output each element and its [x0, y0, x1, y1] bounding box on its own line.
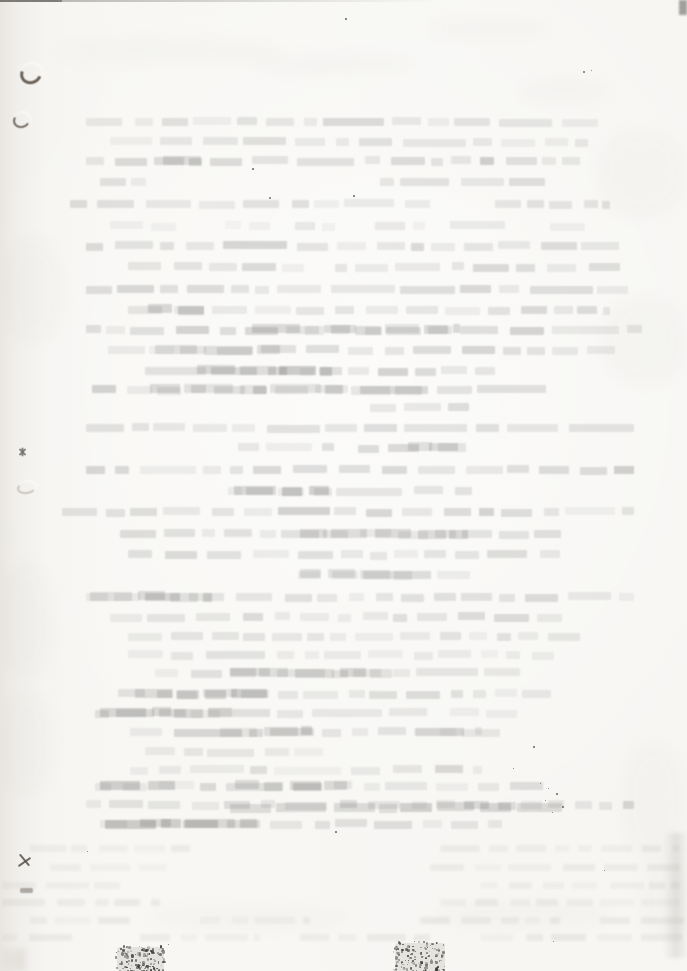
- word-blob: [324, 781, 347, 790]
- paper-blotch: [430, 20, 550, 38]
- word-blob: [106, 326, 125, 334]
- word-blob: [378, 727, 406, 735]
- faded-text-line: [380, 177, 548, 188]
- word-blob: [507, 424, 558, 432]
- word-blob: [114, 899, 139, 906]
- word-blob: [392, 117, 422, 125]
- scan-edge-artifact-top-right-corner: [679, 0, 687, 15]
- word-blob: [190, 765, 244, 773]
- word-blob: [480, 803, 511, 812]
- word-blob: [70, 200, 87, 208]
- word-blob: [253, 466, 280, 474]
- word-blob: [336, 488, 402, 496]
- word-blob: [259, 668, 288, 677]
- word-blob: [537, 614, 562, 622]
- word-blob: [212, 306, 247, 314]
- word-blob: [240, 366, 276, 375]
- word-blob: [231, 285, 249, 293]
- word-blob: [370, 552, 388, 560]
- word-blob: [550, 223, 585, 231]
- word-blob: [98, 917, 130, 924]
- word-blob: [569, 424, 634, 432]
- dark-text-run: [135, 688, 267, 700]
- word-blob: [601, 845, 632, 852]
- smudge-speck: [430, 960, 433, 964]
- word-blob: [120, 530, 156, 538]
- word-blob: [408, 442, 432, 451]
- word-blob: [506, 651, 519, 659]
- faded-text-line: [370, 403, 482, 414]
- word-blob: [517, 803, 562, 812]
- word-blob: [305, 651, 319, 659]
- word-blob: [600, 899, 633, 906]
- ink-speck: [168, 944, 169, 945]
- word-blob: [205, 690, 226, 699]
- word-blob: [174, 709, 203, 718]
- word-blob: [335, 819, 367, 827]
- word-blob: [230, 668, 256, 677]
- bleed-through-line: [200, 917, 310, 925]
- word-blob: [238, 443, 259, 451]
- smudge-speck: [411, 953, 413, 954]
- word-blob: [178, 306, 204, 315]
- faded-text-line: [128, 550, 560, 561]
- word-blob: [210, 158, 242, 166]
- dark-text-run: [300, 528, 468, 540]
- word-blob: [545, 138, 568, 146]
- smudge-speck: [142, 965, 143, 967]
- word-blob: [163, 156, 201, 165]
- word-blob: [406, 306, 438, 314]
- smudge-speck: [149, 966, 150, 967]
- word-blob: [260, 530, 276, 538]
- word-blob: [131, 178, 146, 186]
- word-blob: [445, 307, 480, 315]
- word-blob: [501, 917, 519, 924]
- word-blob: [420, 917, 450, 924]
- smudge-speck: [442, 969, 444, 970]
- word-blob: [562, 119, 598, 127]
- word-blob: [348, 347, 373, 355]
- smudge-speck: [440, 960, 441, 961]
- smudge-speck: [426, 942, 428, 945]
- word-blob: [294, 748, 323, 756]
- word-blob: [243, 613, 262, 621]
- word-blob: [285, 594, 313, 602]
- word-blob: [243, 200, 279, 208]
- faded-text-line: [225, 221, 270, 232]
- word-blob: [339, 465, 371, 473]
- word-blob: [521, 306, 547, 314]
- word-blob: [540, 550, 560, 558]
- faded-text-line: [110, 221, 180, 232]
- word-blob: [527, 347, 545, 355]
- faded-text-line: [100, 177, 146, 188]
- word-blob: [452, 262, 465, 270]
- word-blob: [115, 241, 153, 249]
- word-blob: [375, 529, 410, 538]
- smudge-speck: [438, 953, 439, 954]
- word-blob: [393, 614, 407, 622]
- smudge-speck: [396, 961, 399, 963]
- word-blob: [185, 819, 235, 828]
- word-blob: [376, 593, 393, 601]
- dark-text-run: [220, 726, 312, 738]
- word-blob: [86, 118, 122, 126]
- smudge-speck: [425, 964, 428, 967]
- word-blob: [462, 729, 500, 737]
- word-blob: [159, 766, 181, 774]
- smudge-speck: [425, 962, 428, 964]
- smudge-speck: [136, 966, 138, 969]
- word-blob: [237, 117, 257, 125]
- word-blob: [338, 614, 351, 622]
- word-blob: [479, 508, 495, 516]
- word-blob: [278, 507, 330, 515]
- word-blob: [587, 346, 615, 354]
- word-blob: [220, 327, 236, 335]
- word-blob: [506, 157, 537, 165]
- smudge-speck: [420, 952, 422, 955]
- word-blob: [444, 508, 471, 516]
- faded-text-line: [450, 221, 505, 232]
- pen-scribble-x-mark: [17, 854, 32, 865]
- faded-text-line: [110, 137, 588, 148]
- dark-text-run: [100, 707, 232, 719]
- bleed-through-line: [480, 882, 680, 890]
- word-blob: [277, 710, 302, 718]
- smudge-speck: [443, 944, 444, 946]
- word-blob: [171, 652, 193, 660]
- smudge-speck: [429, 951, 430, 952]
- word-blob: [370, 669, 392, 678]
- word-blob: [610, 882, 644, 889]
- word-blob: [50, 864, 81, 871]
- word-blob: [203, 593, 212, 602]
- word-blob: [92, 385, 116, 393]
- word-blob: [138, 591, 166, 600]
- word-blob: [128, 262, 161, 270]
- word-blob: [206, 651, 265, 659]
- word-blob: [458, 612, 485, 620]
- word-blob: [461, 917, 491, 924]
- faded-text-line: [86, 156, 591, 167]
- word-blob: [349, 593, 363, 601]
- word-blob: [597, 934, 631, 941]
- smudge-speck: [131, 954, 133, 956]
- word-blob: [360, 570, 390, 579]
- word-blob: [527, 200, 544, 208]
- word-blob: [355, 633, 393, 641]
- word-blob: [335, 264, 347, 272]
- word-blob: [494, 614, 530, 622]
- faded-text-line: [440, 727, 502, 738]
- faded-text-line: [145, 747, 323, 758]
- word-blob: [110, 221, 143, 229]
- word-blob: [331, 529, 368, 538]
- bleed-through-line: [50, 864, 180, 872]
- smudge-speck: [432, 944, 433, 945]
- word-blob: [252, 324, 300, 333]
- word-blob: [484, 668, 520, 676]
- word-blob: [128, 650, 163, 658]
- word-blob: [440, 899, 466, 906]
- word-blob: [473, 138, 492, 146]
- word-blob: [473, 264, 509, 272]
- word-blob: [192, 802, 219, 810]
- word-blob: [298, 551, 334, 559]
- word-blob: [469, 632, 487, 640]
- word-blob: [100, 708, 146, 717]
- word-blob: [488, 307, 510, 315]
- word-blob: [377, 242, 405, 250]
- word-blob: [622, 507, 634, 515]
- faded-text-line: [86, 241, 626, 252]
- word-blob: [501, 139, 534, 147]
- word-blob: [672, 845, 680, 852]
- faded-text-line: [130, 765, 482, 776]
- word-blob: [266, 118, 294, 126]
- word-blob: [364, 424, 398, 432]
- faded-text-line: [128, 631, 580, 642]
- smudge-speck: [116, 952, 117, 953]
- word-blob: [181, 934, 196, 941]
- word-blob: [414, 652, 433, 660]
- word-blob: [151, 899, 160, 906]
- word-blob: [165, 551, 198, 559]
- word-blob: [297, 158, 354, 166]
- word-blob: [455, 487, 472, 495]
- word-blob: [99, 845, 128, 852]
- faded-text-line: [86, 284, 631, 295]
- word-blob: [110, 137, 152, 145]
- smudge-speck: [149, 953, 151, 955]
- smudge-speck: [396, 963, 397, 964]
- word-blob: [128, 550, 152, 558]
- word-blob: [306, 345, 339, 353]
- bleed-through-line: [420, 917, 560, 925]
- word-blob: [430, 864, 464, 871]
- word-blob: [378, 368, 408, 376]
- word-blob: [480, 882, 498, 889]
- word-blob: [171, 632, 203, 640]
- word-blob: [325, 385, 344, 394]
- smudge-speck: [150, 958, 152, 960]
- word-blob: [277, 285, 321, 293]
- smudge-speck: [398, 941, 400, 943]
- word-blob: [554, 306, 572, 314]
- smudge-speck: [414, 941, 416, 942]
- word-blob: [317, 594, 337, 602]
- word-blob: [368, 650, 403, 658]
- word-blob: [477, 385, 546, 393]
- paper-blotch: [0, 560, 55, 680]
- word-blob: [423, 820, 442, 828]
- smudge-speck: [125, 953, 127, 955]
- word-blob: [130, 767, 148, 775]
- faded-text-line: [128, 262, 308, 273]
- faded-text-line: [450, 708, 530, 719]
- word-blob: [451, 690, 463, 698]
- word-blob: [481, 650, 497, 658]
- word-blob: [349, 690, 365, 698]
- word-blob: [369, 691, 396, 699]
- word-blob: [297, 243, 328, 251]
- word-blob: [542, 157, 555, 165]
- word-blob: [292, 200, 309, 208]
- word-blob: [200, 783, 215, 791]
- word-blob: [331, 325, 351, 334]
- word-blob: [450, 708, 479, 716]
- word-blob: [301, 726, 312, 735]
- word-blob: [231, 689, 267, 698]
- smudge-speck: [153, 963, 155, 964]
- word-blob: [270, 384, 321, 393]
- bleed-through-line: [440, 899, 680, 907]
- word-blob: [455, 551, 480, 559]
- smudge-speck: [130, 950, 132, 952]
- word-blob: [205, 934, 249, 941]
- word-blob: [62, 508, 97, 516]
- word-blob: [232, 917, 247, 924]
- word-blob: [600, 917, 630, 924]
- word-blob: [367, 934, 406, 941]
- word-blob: [279, 366, 316, 375]
- word-blob: [436, 783, 468, 791]
- smudge-speck: [435, 954, 438, 957]
- word-blob: [57, 899, 84, 906]
- word-blob: [314, 200, 339, 208]
- smudge-speck: [158, 961, 160, 963]
- word-blob: [450, 221, 505, 229]
- word-blob: [230, 466, 243, 474]
- word-blob: [552, 326, 619, 334]
- smudge-speck: [157, 952, 159, 954]
- hole-punch-crescent-mark: [17, 60, 45, 87]
- hole-punch-crescent-mark: [16, 481, 36, 496]
- word-blob: [394, 571, 412, 580]
- word-blob: [244, 508, 273, 516]
- smudge-speck: [141, 966, 142, 967]
- word-blob: [516, 264, 535, 272]
- bleed-through-line: [440, 845, 680, 853]
- word-blob: [265, 748, 289, 756]
- bleed-through-line: [2, 934, 82, 942]
- smudge-speck: [131, 959, 133, 962]
- smudge-speck: [150, 963, 152, 965]
- word-blob: [480, 934, 513, 941]
- word-blob: [196, 613, 231, 621]
- dark-text-run: [163, 155, 201, 167]
- smudge-speck: [143, 953, 146, 957]
- word-blob: [509, 178, 544, 186]
- word-blob: [627, 325, 642, 333]
- smudge-speck: [409, 946, 410, 947]
- faded-text-line: [86, 117, 598, 128]
- faded-text-line: [495, 199, 610, 210]
- faded-text-line: [375, 221, 425, 232]
- hole-punch-crescent-mark: [11, 111, 31, 130]
- word-blob: [295, 138, 325, 146]
- word-blob: [90, 864, 131, 871]
- word-blob: [148, 801, 181, 809]
- ink-speck: [335, 831, 337, 833]
- word-blob: [135, 118, 153, 126]
- word-blob: [454, 118, 490, 126]
- word-blob: [406, 691, 440, 699]
- word-blob: [550, 917, 560, 924]
- faded-text-line: [110, 612, 562, 623]
- word-blob: [255, 917, 295, 924]
- word-blob: [100, 178, 126, 186]
- word-blob: [240, 819, 257, 828]
- word-blob: [303, 917, 310, 924]
- faded-text-line: [86, 465, 634, 476]
- smudge-speck: [410, 967, 411, 968]
- word-blob: [599, 802, 612, 810]
- word-blob: [473, 766, 482, 774]
- smudge-speck: [401, 951, 403, 953]
- word-blob: [309, 486, 328, 495]
- word-blob: [460, 285, 491, 293]
- word-blob: [380, 178, 394, 186]
- smudge-speck: [402, 944, 403, 946]
- word-blob: [146, 200, 190, 208]
- word-blob: [207, 551, 241, 559]
- smudge-speck: [408, 960, 409, 961]
- word-blob: [207, 749, 254, 757]
- word-blob: [415, 368, 436, 376]
- word-blob: [489, 845, 508, 852]
- smudge-speck: [116, 967, 118, 969]
- word-blob: [530, 286, 593, 294]
- word-blob: [115, 158, 147, 166]
- word-blob: [30, 917, 47, 924]
- word-blob: [461, 178, 504, 186]
- word-blob: [462, 346, 495, 354]
- word-blob: [623, 801, 634, 809]
- smudge-speck: [154, 960, 155, 961]
- word-blob: [428, 118, 448, 126]
- word-blob: [243, 137, 286, 145]
- word-blob: [274, 767, 341, 775]
- word-blob: [151, 223, 175, 231]
- ink-speck: [269, 197, 271, 199]
- word-blob: [257, 345, 280, 354]
- asterisk-stroke: [22, 447, 24, 456]
- word-blob: [266, 443, 312, 451]
- word-blob: [212, 632, 239, 640]
- word-blob: [413, 346, 451, 354]
- smudge-speck: [140, 962, 141, 963]
- word-blob: [526, 934, 543, 941]
- word-blob: [278, 691, 297, 699]
- word-blob: [324, 651, 361, 659]
- smudge-speck: [420, 967, 421, 968]
- word-blob: [220, 728, 257, 737]
- word-blob: [276, 803, 326, 812]
- word-blob: [393, 669, 410, 677]
- word-blob: [597, 286, 628, 294]
- smudge-speck: [418, 941, 420, 942]
- word-blob: [105, 820, 156, 829]
- word-blob: [100, 781, 140, 790]
- smudge-speck: [144, 968, 146, 969]
- smudge-speck: [161, 965, 162, 966]
- word-blob: [464, 243, 492, 251]
- smudge-speck: [432, 948, 433, 949]
- word-blob: [416, 668, 478, 676]
